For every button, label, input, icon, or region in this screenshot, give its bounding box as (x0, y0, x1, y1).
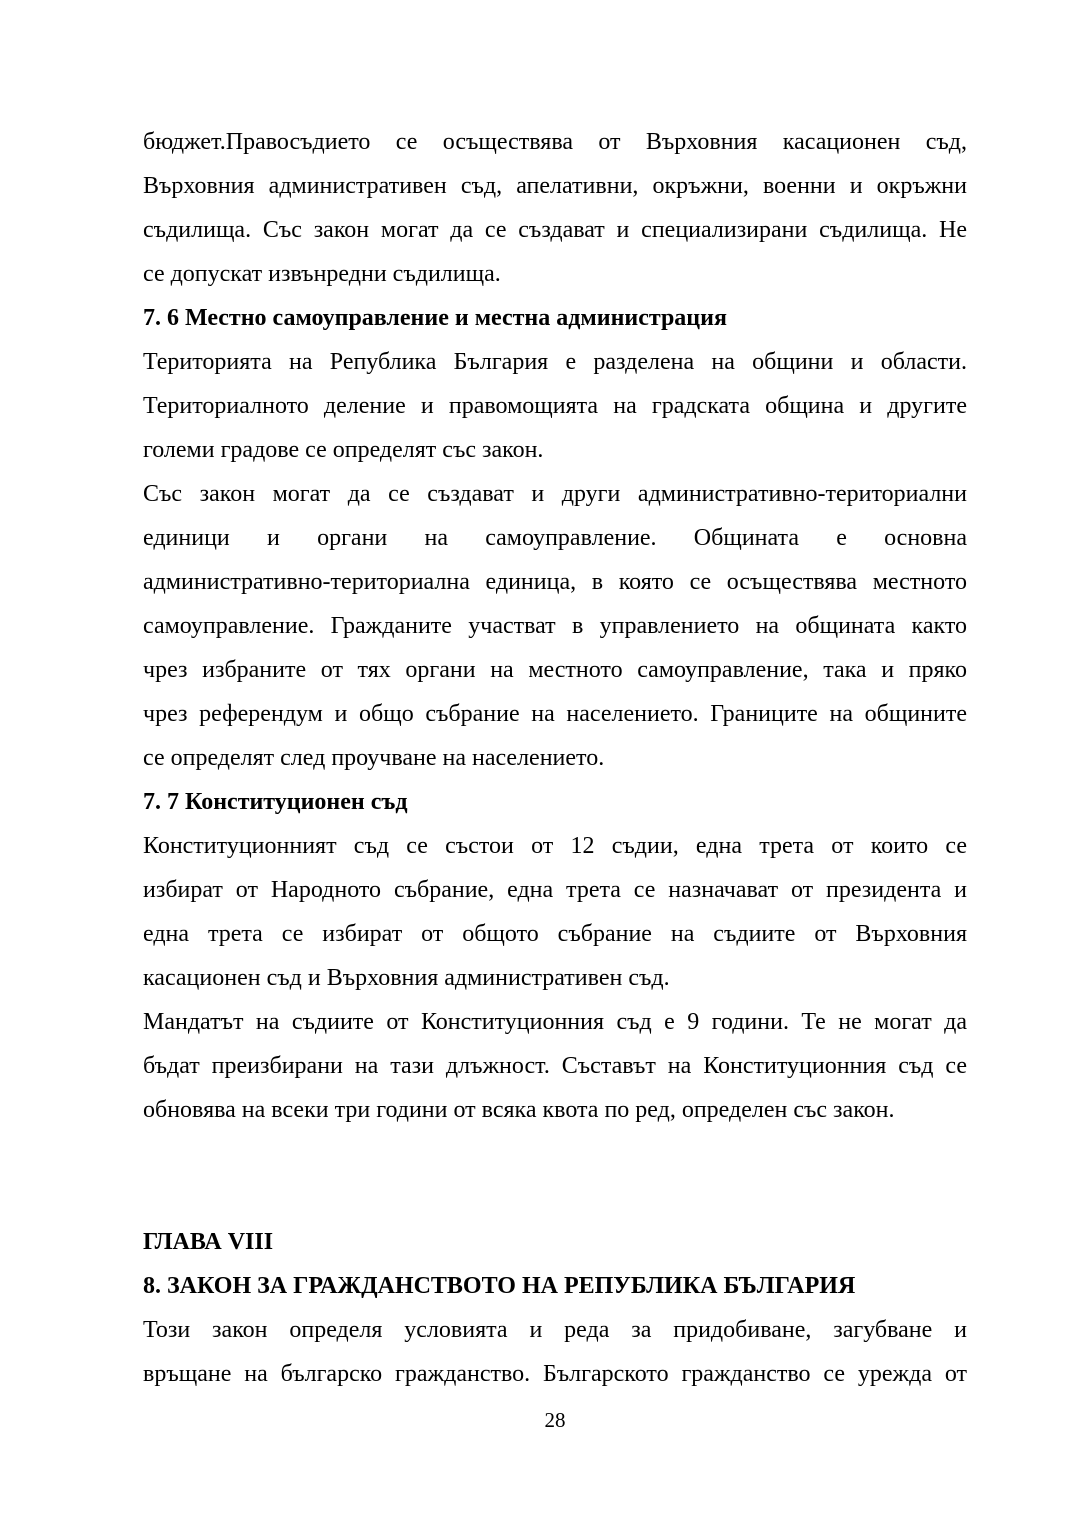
text-line: Територията на Република България е разд… (143, 340, 967, 384)
text-line: се определят след проучване на население… (143, 736, 967, 780)
document-body: бюджет.Правосъдието се осъществява от Въ… (143, 120, 967, 1396)
text-line: единици и органи на самоуправление. Общи… (143, 516, 967, 560)
heading-7-7-constitutional-court: 7. 7 Конституционен съд (143, 780, 967, 824)
text-line: Мандатът на съдиите от Конституционния с… (143, 1000, 967, 1044)
text-line: избират от Народното събрание, една трет… (143, 868, 967, 912)
text-line: касационен съд и Върховния административ… (143, 956, 967, 1000)
text-line: се допускат извънредни съдилища. (143, 252, 967, 296)
text-line: чрез избраните от тях органи на местното… (143, 648, 967, 692)
heading-7-6-local-government: 7. 6 Местно самоуправление и местна адми… (143, 296, 967, 340)
text-line: чрез референдум и общо събрание на насел… (143, 692, 967, 736)
text-line: Със закон могат да се създават и други а… (143, 472, 967, 516)
text-line: самоуправление. Гражданите участват в уп… (143, 604, 967, 648)
text-line: бюджет.Правосъдието се осъществява от Въ… (143, 120, 967, 164)
text-line: бъдат преизбирани на тази длъжност. Съст… (143, 1044, 967, 1088)
page-number: 28 (143, 1410, 967, 1431)
text-line: обновява на всеки три години от всяка кв… (143, 1088, 967, 1132)
paragraph: бюджет.Правосъдието се осъществява от Въ… (143, 120, 967, 296)
text-line: връщане на българско гражданство. Българ… (143, 1352, 967, 1396)
heading-8-citizenship-law: 8. ЗАКОН ЗА ГРАЖДАНСТВОТО НА РЕПУБЛИКА Б… (143, 1264, 967, 1308)
paragraph: Със закон могат да се създават и други а… (143, 472, 967, 780)
text-line: една трета се избират от общото събрание… (143, 912, 967, 956)
paragraph: Територията на Република България е разд… (143, 340, 967, 472)
text-line: Конституционният съд се състои от 12 съд… (143, 824, 967, 868)
text-line: Териториалното деление и правомощията на… (143, 384, 967, 428)
document-page: бюджет.Правосъдието се осъществява от Въ… (0, 0, 1080, 1527)
text-line: административно-териториална единица, в … (143, 560, 967, 604)
text-line: Този закон определя условията и реда за … (143, 1308, 967, 1352)
text-line: съдилища. Със закон могат да се създават… (143, 208, 967, 252)
text-line: големи градове се определят със закон. (143, 428, 967, 472)
paragraph: Конституционният съд се състои от 12 съд… (143, 824, 967, 1000)
text-line: Върховния административен съд, апелативн… (143, 164, 967, 208)
paragraph: Мандатът на съдиите от Конституционния с… (143, 1000, 967, 1132)
paragraph: Този закон определя условията и реда за … (143, 1308, 967, 1396)
chapter-heading-viii: ГЛАВА VIII (143, 1220, 967, 1264)
